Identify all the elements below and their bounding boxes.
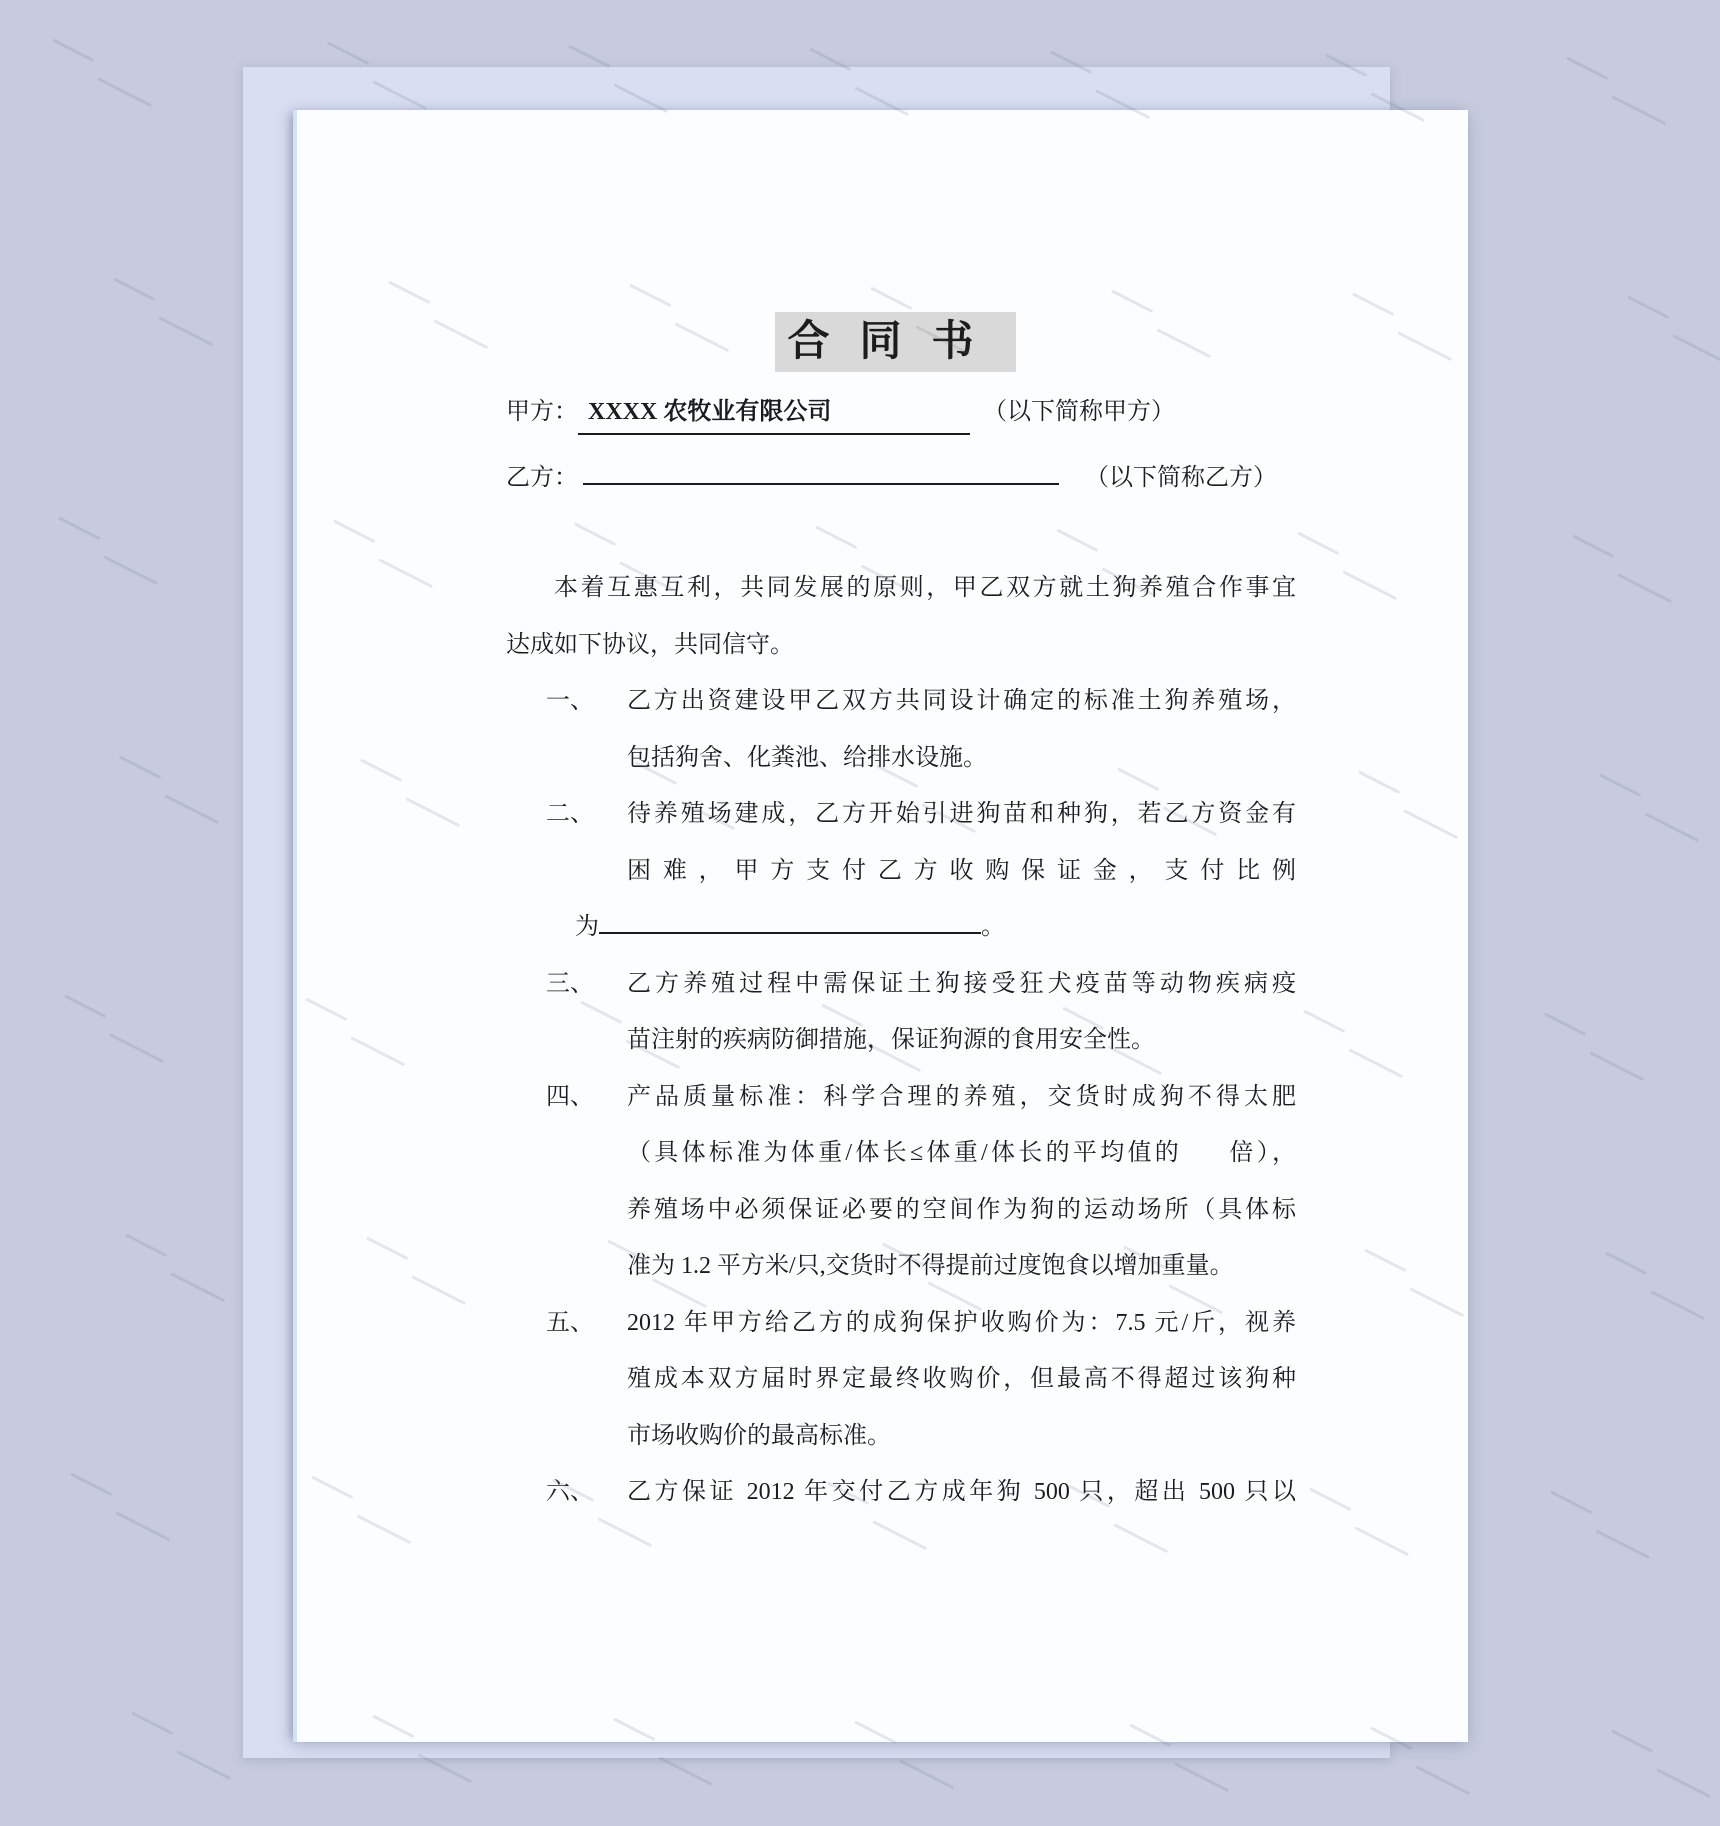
clause-body: 待养殖场建成，乙方开始引进狗苗和种狗，若乙方资金有困难，甲方支付乙方收购保证金，… — [627, 786, 1296, 956]
clause-number: 三、 — [546, 956, 627, 1069]
party-b-blank-field — [583, 443, 1059, 485]
clause-row: 五、2012 年甲方给乙方的成狗保护收购价为：7.5 元/斤，视养殖成本双方届时… — [506, 1295, 1296, 1465]
document-title: 合同书 — [775, 312, 1015, 372]
watermark — [1531, 1004, 1663, 1095]
watermark — [1559, 526, 1691, 617]
clause-row: 二、待养殖场建成，乙方开始引进狗苗和种狗，若乙方资金有困难，甲方支付乙方收购保证… — [506, 786, 1296, 956]
clause-line: 待养殖场建成，乙方开始引进狗苗和种狗，若乙方资金有 — [627, 786, 1296, 843]
preamble-line: 达成如下协议，共同信守。 — [506, 617, 1296, 674]
party-a-line: 甲方：XXXX 农牧业有限公司（以下简称甲方） — [506, 381, 1296, 443]
clause-line: 产品质量标准：科学合理的养殖，交货时成狗不得太肥 — [627, 1069, 1296, 1126]
fill-in-blank-underline — [599, 902, 981, 934]
preamble: 本着互惠互利，共同发展的原则，甲乙双方就土狗养殖合作事宜 达成如下协议，共同信守… — [506, 560, 1296, 673]
clause-line: 为。 — [575, 899, 1296, 956]
clauses: 一、乙方出资建设甲乙双方共同设计确定的标准土狗养殖场，包括狗舍、化粪池、给排水设… — [506, 673, 1296, 1521]
party-b-line: 乙方：（以下简称乙方） — [506, 443, 1296, 505]
clause-line: 乙方出资建设甲乙双方共同设计确定的标准土狗养殖场， — [627, 673, 1296, 730]
party-a-name-field: XXXX 农牧业有限公司 — [578, 393, 970, 435]
party-a-label: 甲方： — [506, 381, 578, 443]
party-a-note: （以下简称甲方） — [983, 399, 1175, 425]
clause-line: 苗注射的疾病防御措施，保证狗源的食用安全性。 — [627, 1012, 1296, 1069]
watermark — [112, 1225, 244, 1316]
clause-body: 乙方出资建设甲乙双方共同设计确定的标准土狗养殖场，包括狗舍、化粪池、给排水设施。 — [627, 673, 1296, 786]
inline-gap — [1182, 1150, 1226, 1160]
clause-number: 一、 — [546, 673, 627, 786]
clause-row: 三、乙方养殖过程中需保证土狗接受狂犬疫苗等动物疾病疫苗注射的疾病防御措施，保证狗… — [506, 956, 1296, 1069]
watermark — [39, 30, 171, 121]
clause-body: 乙方保证 2012 年交付乙方成年狗 500 只，超出 500 只以 — [627, 1464, 1296, 1521]
clause-line: 殖成本双方届时界定最终收购价，但最高不得超过该狗种 — [627, 1351, 1296, 1408]
watermark — [57, 1464, 189, 1555]
watermark — [1598, 1721, 1720, 1812]
watermark — [1586, 765, 1718, 856]
watermark — [45, 508, 177, 599]
clause-row: 四、产品质量标准：科学合理的养殖，交货时成狗不得太肥（具体标准为体重/体长≤体重… — [506, 1069, 1296, 1295]
clause-line: 准为 1.2 平方米/只,交货时不得提前过度饱食以增加重量。 — [627, 1238, 1296, 1295]
clause-body: 2012 年甲方给乙方的成狗保护收购价为：7.5 元/斤，视养殖成本双方届时界定… — [627, 1295, 1296, 1465]
watermark — [1592, 1243, 1720, 1334]
watermark — [1553, 48, 1685, 139]
clause-number: 五、 — [546, 1295, 627, 1465]
contract-body: 甲方：XXXX 农牧业有限公司（以下简称甲方） 乙方：（以下简称乙方） 本着互惠… — [506, 381, 1296, 1521]
clause-number: 四、 — [546, 1069, 627, 1295]
party-b-label: 乙方： — [506, 447, 578, 509]
clause-line: 2012 年甲方给乙方的成狗保护收购价为：7.5 元/斤，视养 — [627, 1295, 1296, 1352]
clause-line: 困难，甲方支付乙方收购保证金，支付比例 — [627, 843, 1296, 900]
line-text: 。 — [981, 914, 1005, 940]
line-text: （具体标准为体重/体长≤体重/体长的平均值的 — [627, 1140, 1182, 1166]
clause-line: 养殖场中必须保证必要的空间作为狗的运动场所（具体标 — [627, 1182, 1296, 1239]
clause-line: （具体标准为体重/体长≤体重/体长的平均值的倍）， — [627, 1125, 1296, 1182]
clause-line: 乙方保证 2012 年交付乙方成年狗 500 只，超出 500 只以 — [627, 1464, 1296, 1521]
clause-number: 六、 — [546, 1464, 627, 1521]
watermark — [106, 747, 238, 838]
party-b-note: （以下简称乙方） — [1085, 465, 1277, 491]
line-text: 为 — [575, 914, 599, 940]
line-text: 倍）， — [1226, 1140, 1296, 1166]
watermark — [100, 269, 232, 360]
clause-body: 乙方养殖过程中需保证土狗接受狂犬疫苗等动物疾病疫苗注射的疾病防御措施，保证狗源的… — [627, 956, 1296, 1069]
watermark — [1614, 287, 1720, 378]
clause-body: 产品质量标准：科学合理的养殖，交货时成狗不得太肥（具体标准为体重/体长≤体重/体… — [627, 1069, 1296, 1295]
clause-line: 乙方养殖过程中需保证土狗接受狂犬疫苗等动物疾病疫 — [627, 956, 1296, 1013]
clause-row: 一、乙方出资建设甲乙双方共同设计确定的标准土狗养殖场，包括狗舍、化粪池、给排水设… — [506, 673, 1296, 786]
contract-page: 合同书 甲方：XXXX 农牧业有限公司（以下简称甲方） 乙方：（以下简称乙方） … — [293, 110, 1468, 1742]
watermark — [1537, 1482, 1669, 1573]
clause-line: 市场收购价的最高标准。 — [627, 1408, 1296, 1465]
preamble-line: 本着互惠互利，共同发展的原则，甲乙双方就土狗养殖合作事宜 — [506, 560, 1296, 617]
clause-line: 包括狗舍、化粪池、给排水设施。 — [627, 730, 1296, 787]
watermark — [51, 986, 183, 1077]
clause-row: 六、乙方保证 2012 年交付乙方成年狗 500 只，超出 500 只以 — [506, 1464, 1296, 1521]
title-row: 合同书 — [293, 312, 1468, 372]
watermark — [118, 1703, 250, 1794]
